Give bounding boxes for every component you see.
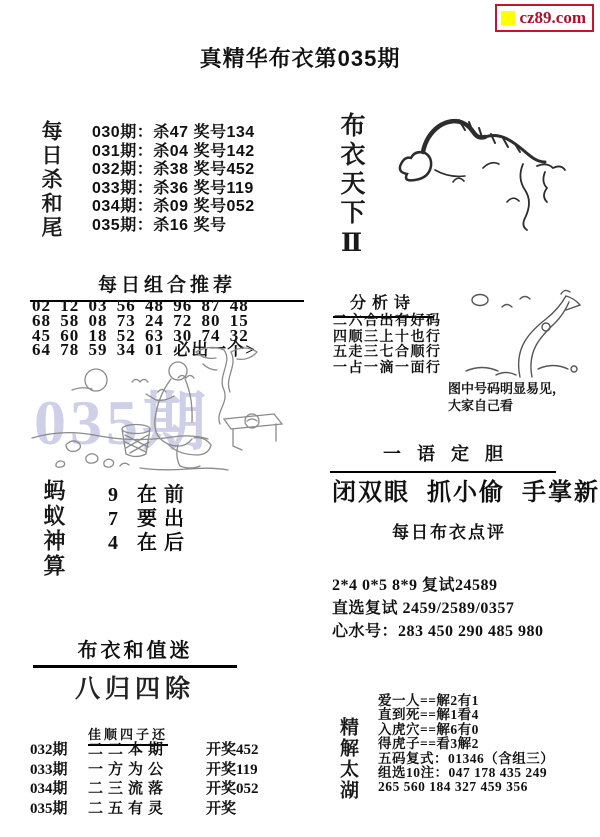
picks-block: 2*4 0*5 8*9 复试24589 直选复试 2459/2589/0357 … <box>332 575 544 643</box>
row-result: 开奖 <box>206 801 236 817</box>
kill-tail-heading: 每日杀和尾 <box>36 120 66 240</box>
taihu-line: 组选10注：047 178 435 249 <box>378 766 554 780</box>
analysis-poem: 二六合出有好码 四顺三上十也行 五走三七合顺行 一占一滴一面行 <box>333 314 442 376</box>
row-phrase: 二三流落 <box>88 780 206 800</box>
tianxia-heading: 布衣天下Ⅱ <box>332 112 368 261</box>
poem-line: 一占一滴一面行 <box>333 361 442 377</box>
picks-line: 心水号：283 450 290 485 980 <box>332 621 544 644</box>
kill-tail-row: 034期：杀09 奖号052 <box>92 198 255 217</box>
row-period: 035期 <box>30 800 88 820</box>
kill-tail-row: 031期：杀04 奖号142 <box>92 143 255 162</box>
taihu-line: 五码复式：01346（含组三） <box>378 752 554 766</box>
kill-tail-row: 030期：杀47 奖号134 <box>92 124 255 143</box>
tree-sketch-illustration <box>462 287 584 381</box>
row-result: 开奖119 <box>206 762 258 778</box>
monk-illustration: 035期 <box>28 342 313 474</box>
taihu-line: 265 560 184 327 459 356 <box>378 780 554 794</box>
dingdan-subtitle: 每日布衣点评 <box>392 518 506 543</box>
site-logo: cz89.com <box>495 4 594 32</box>
page-title: 真精华布衣第035期 <box>0 42 600 73</box>
ant-oracle-list: 9 在前 7 要出 4 在后 <box>108 483 191 555</box>
horse-sketch-illustration <box>395 106 573 234</box>
row-result: 开奖052 <box>206 781 259 797</box>
kill-tail-row: 035期：杀16 奖号 <box>92 217 255 236</box>
caption-line: 图中号码明显易见， <box>448 381 565 398</box>
watermark-text: 035期 <box>34 387 210 458</box>
poem-line: 四顺三上十也行 <box>333 330 442 346</box>
taihu-line: 得虎子==看3解2 <box>378 737 554 751</box>
row-period: 032期 <box>30 741 88 761</box>
ant-oracle-row: 4 在后 <box>108 531 191 555</box>
poem-line: 二六合出有好码 <box>333 314 442 330</box>
row-phrase: 二二本期 <box>88 741 206 761</box>
logo-yellow-square-icon <box>501 11 515 25</box>
sum-riddle-title: 布衣和值迷 <box>33 634 237 668</box>
picks-line: 2*4 0*5 8*9 复试24589 <box>332 575 544 598</box>
caption-line: 大家自己看 <box>448 398 565 415</box>
taihu-line: 直到死==解1看4 <box>378 708 554 722</box>
sketch-caption: 图中号码明显易见， 大家自己看 <box>448 381 565 414</box>
ant-oracle-row: 7 要出 <box>108 507 191 531</box>
row-period: 033期 <box>30 761 88 781</box>
four-word-row: 033期一方为公开奖119 <box>30 761 259 781</box>
row-period: 034期 <box>30 780 88 800</box>
four-word-row: 035期二五有灵开奖 <box>30 800 259 820</box>
dingdan-title: 一语定胆 <box>330 440 556 473</box>
dingdan-phrase: 手掌新 <box>522 472 600 507</box>
ant-oracle-row: 9 在前 <box>108 483 191 507</box>
dingdan-phrase: 闭双眼 <box>332 472 410 507</box>
kill-tail-row: 033期：杀36 奖号119 <box>92 180 255 199</box>
kill-tail-row: 032期：杀38 奖号452 <box>92 161 255 180</box>
taihu-list: 爱一人==解2有1 直到死==解1看4 入虎穴==解6有0 得虎子==看3解2 … <box>378 694 554 795</box>
poem-line: 五走三七合顺行 <box>333 345 442 361</box>
logo-text: cz89.com <box>519 8 586 28</box>
tip-sheet-page: cz89.com 真精华布衣第035期 每日杀和尾 030期：杀47 奖号134… <box>0 0 600 837</box>
kill-tail-list: 030期：杀47 奖号134 031期：杀04 奖号142 032期：杀38 奖… <box>92 124 255 236</box>
four-word-row: 034期二三流落开奖052 <box>30 780 259 800</box>
sum-riddle-answer: 八归四除 <box>33 669 237 705</box>
sum-riddle-section: 布衣和值迷 八归四除 <box>33 634 237 705</box>
picks-line: 直选复试 2459/2589/0357 <box>332 598 544 621</box>
ant-oracle-heading: 蚂蚁神算 <box>38 479 69 579</box>
dingdan-phrase: 抓小偷 <box>427 472 505 507</box>
taihu-heading: 精解太湖 <box>334 717 361 801</box>
row-result: 开奖452 <box>206 742 259 758</box>
four-word-list: 032期二二本期开奖452 033期一方为公开奖119 034期二三流落开奖05… <box>30 741 259 819</box>
row-phrase: 二五有灵 <box>88 800 206 820</box>
dingdan-phrases: 闭双眼 抓小偷 手掌新 <box>332 472 600 507</box>
four-word-row: 032期二二本期开奖452 <box>30 741 259 761</box>
row-phrase: 一方为公 <box>88 761 206 781</box>
